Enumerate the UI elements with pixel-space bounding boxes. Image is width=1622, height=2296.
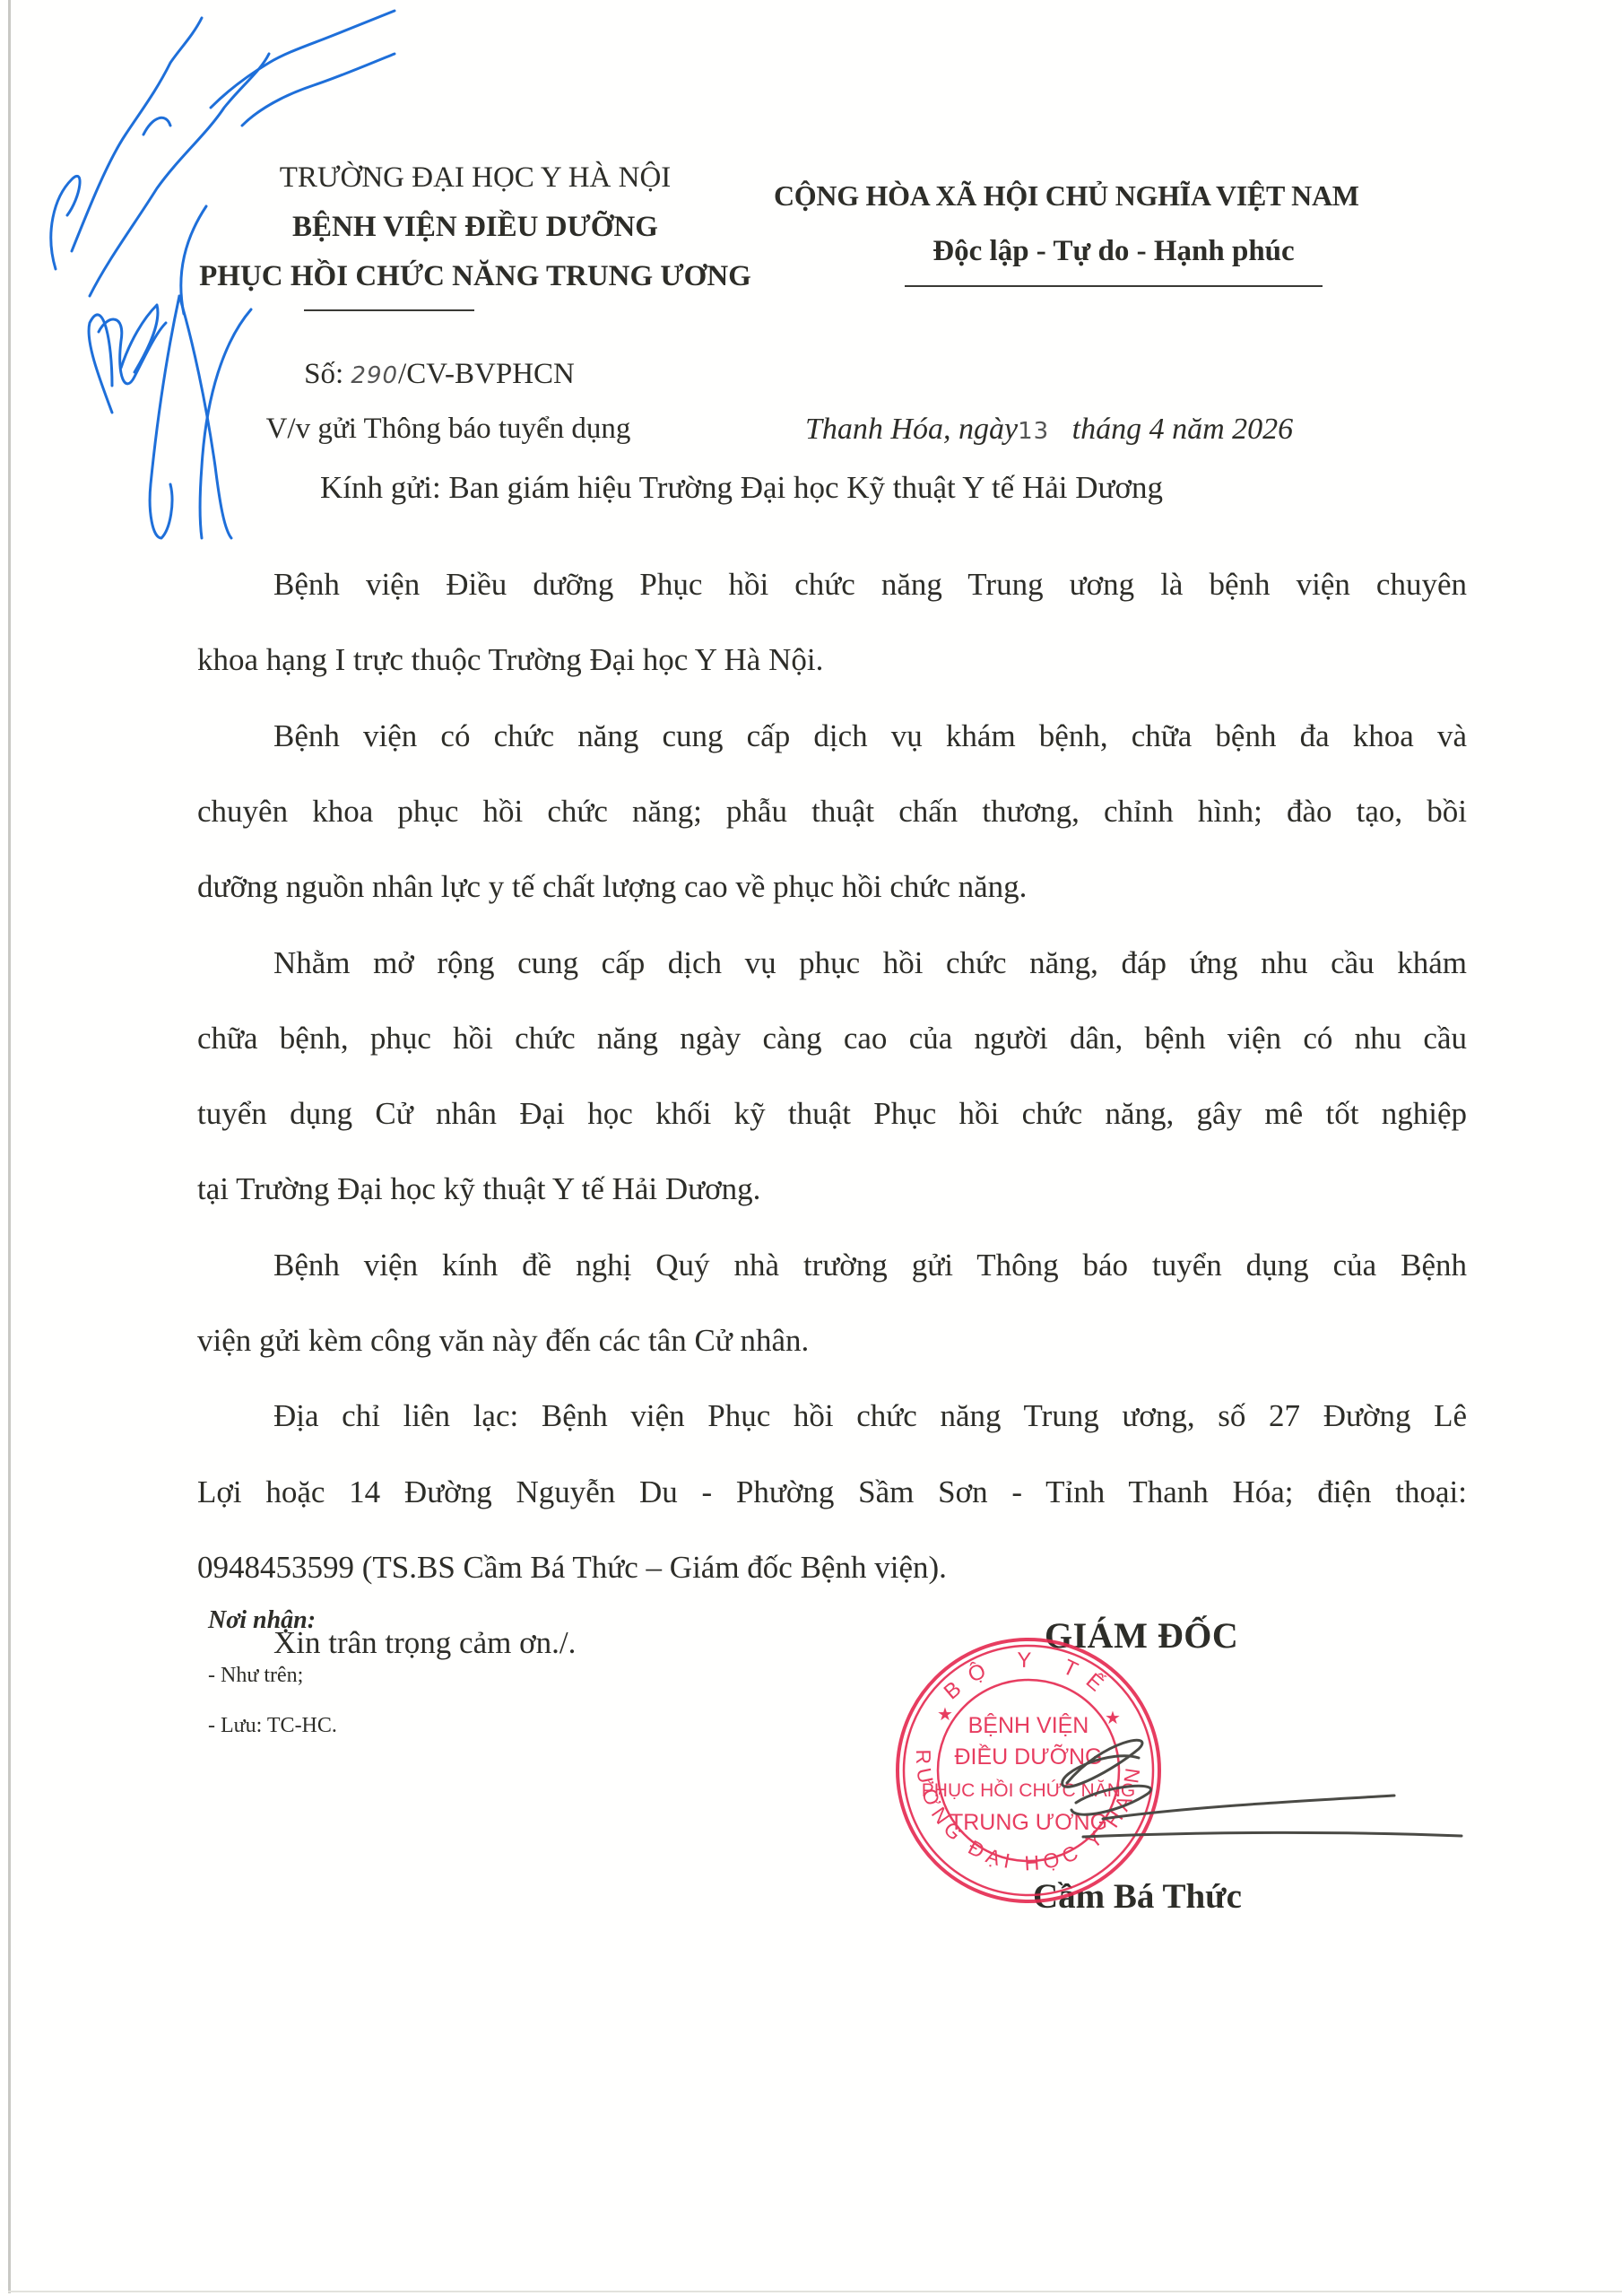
body-line: Bệnh viện Điều dưỡng Phục hồi chức năng …	[273, 569, 1467, 600]
recipients-item: - Như trên;	[208, 1665, 303, 1686]
stamp-star-left: ★	[937, 1705, 953, 1725]
document-number-handwritten: 290	[351, 362, 398, 389]
signer-name: Cầm Bá Thức	[1033, 1879, 1242, 1914]
body-line: Bệnh viện có chức năng cung cấp dịch vụ …	[273, 720, 1467, 752]
recipient-line: Kính gửi: Ban giám hiệu Trường Đại học K…	[320, 472, 1163, 503]
body-line: Nhằm mở rộng cung cấp dịch vụ phục hồi c…	[273, 947, 1467, 978]
body-line: Xin trân trọng cảm ơn./.	[273, 1627, 1467, 1658]
stamp-center-text: BỆNH VIỆNĐIỀU DƯỠNGPHỤC HỒI CHỨC NĂNGTRU…	[922, 1712, 1135, 1835]
body-line: chuyên khoa phục hồi chức năng; phẫu thu…	[197, 796, 1467, 827]
date-month-year: tháng 4 năm 2026	[1072, 413, 1294, 446]
body-line: Địa chỉ liên lạc: Bệnh viện Phục hồi chứ…	[273, 1400, 1467, 1431]
body-line: chữa bệnh, phục hồi chức năng ngày càng …	[197, 1022, 1467, 1054]
date-line: Thanh Hóa, ngày13 tháng 4 năm 2026	[805, 414, 1293, 445]
date-place: Thanh Hóa, ngày	[805, 413, 1018, 446]
stamp-center-line: BỆNH VIỆN	[968, 1712, 1089, 1738]
document-number-suffix: /CV-BVPHCN	[398, 358, 575, 390]
date-day-handwritten: 13	[1018, 418, 1049, 445]
scan-edge-left	[8, 0, 11, 2293]
national-motto: Độc lập - Tự do - Hạnh phúc	[932, 237, 1294, 266]
document-number-prefix: Số:	[304, 358, 343, 390]
body-line: Bệnh viện kính đề nghị Quý nhà trường gử…	[273, 1249, 1467, 1281]
national-title: CỘNG HÒA XÃ HỘI CHỦ NGHĨA VIỆT NAM	[774, 181, 1359, 210]
body-line: khoa hạng I trực thuộc Trường Đại học Y …	[197, 644, 1467, 675]
body-line: tại Trường Đại học kỹ thuật Y tế Hải Dươ…	[197, 1173, 1467, 1205]
header-left-rule	[304, 309, 474, 311]
scan-edge-bottom	[8, 2291, 1622, 2292]
stamp-center-line: PHỤC HỒI CHỨC NĂNG	[922, 1779, 1135, 1801]
stamp-star-right: ★	[1105, 1709, 1121, 1728]
body-line: Lợi hoặc 14 Đường Nguyễn Du - Phường Sầm…	[197, 1476, 1467, 1508]
header-hospital-line2: PHỤC HỒI CHỨC NĂNG TRUNG ƯƠNG	[199, 262, 751, 291]
body-line: tuyển dụng Cử nhân Đại học khối kỹ thuật…	[197, 1098, 1467, 1129]
body-line: dưỡng nguồn nhân lực y tế chất lượng cao…	[197, 871, 1467, 902]
ink-overlay: BỘ Y TẾ TRƯỜNG ĐẠI HỌC Y HÀ NỘI ★ ★ BỆNH…	[0, 0, 1622, 2296]
body-line: 0948453599 (TS.BS Cầm Bá Thức – Giám đốc…	[197, 1552, 1467, 1583]
signer-role: GIÁM ĐỐC	[1045, 1618, 1238, 1654]
handwritten-signature	[1063, 1740, 1462, 1837]
document-page: TRƯỜNG ĐẠI HỌC Y HÀ NỘI BỆNH VIỆN ĐIỀU D…	[0, 0, 1622, 2296]
recipients-title: Nơi nhận:	[208, 1608, 316, 1633]
stamp-center-line: TRUNG ƯƠNG	[950, 1810, 1107, 1835]
body-line: viện gửi kèm công văn này đến các tân Cử…	[197, 1325, 1467, 1356]
stamp-center-line: ĐIỀU DƯỠNG	[954, 1744, 1102, 1770]
header-university: TRƯỜNG ĐẠI HỌC Y HÀ NỘI	[280, 163, 672, 193]
recipients-item: - Lưu: TC-HC.	[208, 1715, 337, 1736]
document-number: Số: 290/CV-BVPHCN	[304, 360, 575, 389]
document-subject: V/v gửi Thông báo tuyển dụng	[266, 414, 631, 444]
motto-underline	[905, 285, 1323, 287]
header-hospital-line1: BỆNH VIỆN ĐIỀU DƯỠNG	[292, 213, 658, 242]
